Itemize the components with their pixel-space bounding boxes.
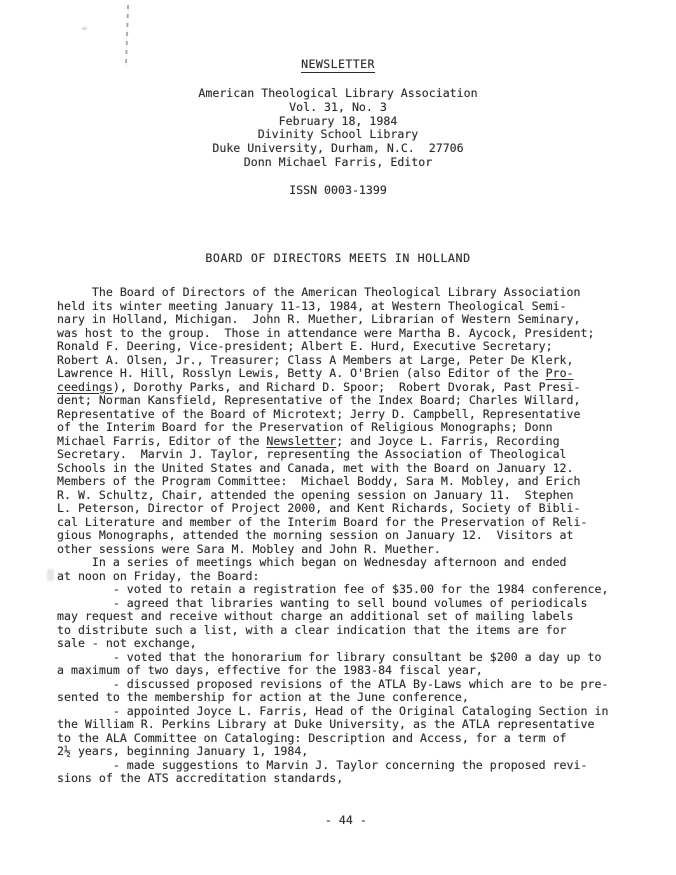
text-line: Members of the Program Committee: Michae… <box>57 475 608 489</box>
text-segment: Robert A. Olsen, Jr., Treasurer; Class A… <box>57 353 574 367</box>
text-segment: cal Literature and member of the Interim… <box>57 515 587 529</box>
document-page: NEWSLETTER American Theological Library … <box>0 0 676 875</box>
article-heading: BOARD OF DIRECTORS MEETS IN HOLLAND <box>0 251 676 265</box>
text-line: cal Literature and member of the Interim… <box>57 516 608 530</box>
text-line: sions of the ATS accreditation standards… <box>57 772 608 786</box>
text-segment: Representative of the Board of Microtext… <box>57 407 581 421</box>
scan-smudge-artifact <box>82 27 87 30</box>
text-segment: - voted that the honorarium for library … <box>57 650 601 664</box>
masthead-line: February 18, 1984 <box>0 115 676 129</box>
text-segment: In a series of meetings which began on W… <box>57 555 567 569</box>
text-line: at noon on Friday, the Board: <box>57 570 608 584</box>
text-line: Secretary. Marvin J. Taylor, representin… <box>57 448 608 462</box>
text-segment: Ronald F. Deering, Vice-president; Alber… <box>57 339 553 353</box>
article-body: The Board of Directors of the American T… <box>57 286 608 786</box>
text-line: the William R. Perkins Library at Duke U… <box>57 718 608 732</box>
text-segment: dent; Norman Kansfield, Representative o… <box>57 393 581 407</box>
underlined-text: ceedings <box>57 380 113 394</box>
text-segment: at noon on Friday, the Board: <box>57 569 259 583</box>
masthead-title-row: NEWSLETTER <box>0 57 676 73</box>
text-segment: gious Monographs, attended the morning s… <box>57 528 574 542</box>
scan-smudge-artifact <box>47 569 54 581</box>
text-line: of the Interim Board for the Preservatio… <box>57 421 608 435</box>
text-segment: was host to the group. Those in attendan… <box>57 326 594 340</box>
text-segment: sions of the ATS accreditation standards… <box>57 771 343 785</box>
text-segment: Members of the Program Committee: Michae… <box>57 474 581 488</box>
text-line: 2½ years, beginning January 1, 1984, <box>57 745 608 759</box>
text-segment: 2½ years, beginning January 1, 1984, <box>57 744 308 758</box>
text-segment: Schools in the United States and Canada,… <box>57 461 574 475</box>
text-line: dent; Norman Kansfield, Representative o… <box>57 394 608 408</box>
text-line: sale - not exchange, <box>57 637 608 651</box>
text-segment: L. Peterson, Director of Project 2000, a… <box>57 501 581 515</box>
text-segment: - appointed Joyce L. Farris, Head of the… <box>57 704 608 718</box>
text-line: nary in Holland, Michigan. John R. Mueth… <box>57 313 608 327</box>
text-segment: - made suggestions to Marvin J. Taylor c… <box>57 758 587 772</box>
text-line: Schools in the United States and Canada,… <box>57 462 608 476</box>
text-segment: Lawrence H. Hill, Rosslyn Lewis, Betty A… <box>57 366 546 380</box>
text-line: ceedings), Dorothy Parks, and Richard D.… <box>57 381 608 395</box>
text-line: held its winter meeting January 11-13, 1… <box>57 300 608 314</box>
text-segment: to distribute such a list, with a clear … <box>57 623 567 637</box>
text-segment: ; and Joyce L. Farris, Recording <box>336 434 559 448</box>
masthead-lines: American Theological Library Association… <box>0 87 676 170</box>
masthead-line: Donn Michael Farris, Editor <box>0 156 676 170</box>
text-line: The Board of Directors of the American T… <box>57 286 608 300</box>
text-line: Robert A. Olsen, Jr., Treasurer; Class A… <box>57 354 608 368</box>
newsletter-title: NEWSLETTER <box>301 57 375 73</box>
text-line: Representative of the Board of Microtext… <box>57 408 608 422</box>
page-footer: - 44 - <box>297 799 367 841</box>
underlined-text: Pro- <box>546 366 574 380</box>
text-line: to the ALA Committee on Cataloging: Desc… <box>57 732 608 746</box>
text-line: L. Peterson, Director of Project 2000, a… <box>57 502 608 516</box>
text-segment: to the ALA Committee on Cataloging: Desc… <box>57 731 567 745</box>
text-segment: R. W. Schultz, Chair, attended the openi… <box>57 488 574 502</box>
text-line: to distribute such a list, with a clear … <box>57 624 608 638</box>
text-segment: Secretary. Marvin J. Taylor, representin… <box>57 447 567 461</box>
masthead-line: Divinity School Library <box>0 128 676 142</box>
masthead-line: American Theological Library Association <box>0 87 676 101</box>
text-segment: - discussed proposed revisions of the AT… <box>57 677 608 691</box>
text-segment: sented to the membership for action at t… <box>57 690 469 704</box>
masthead-line: Duke University, Durham, N.C. 27706 <box>0 142 676 156</box>
text-line: sented to the membership for action at t… <box>57 691 608 705</box>
text-segment: - voted to retain a registration fee of … <box>57 582 608 596</box>
text-segment: other sessions were Sara M. Mobley and J… <box>57 542 441 556</box>
text-line: In a series of meetings which began on W… <box>57 556 608 570</box>
page-number: - 44 - <box>325 813 367 827</box>
text-line: a maximum of two days, effective for the… <box>57 664 608 678</box>
text-segment: the William R. Perkins Library at Duke U… <box>57 717 594 731</box>
text-line: Lawrence H. Hill, Rosslyn Lewis, Betty A… <box>57 367 608 381</box>
text-line: - discussed proposed revisions of the AT… <box>57 678 608 692</box>
text-segment: Michael Farris, Editor of the <box>57 434 266 448</box>
text-line: Ronald F. Deering, Vice-president; Alber… <box>57 340 608 354</box>
text-line: - voted that the honorarium for library … <box>57 651 608 665</box>
text-segment: sale - not exchange, <box>57 636 197 650</box>
text-segment: may request and receive without charge a… <box>57 609 574 623</box>
text-line: may request and receive without charge a… <box>57 610 608 624</box>
text-line: was host to the group. Those in attendan… <box>57 327 608 341</box>
text-segment: ), Dorothy Parks, and Richard D. Spoor; … <box>113 380 581 394</box>
text-segment: of the Interim Board for the Preservatio… <box>57 420 553 434</box>
text-line: other sessions were Sara M. Mobley and J… <box>57 543 608 557</box>
text-segment: held its winter meeting January 11-13, 1… <box>57 299 567 313</box>
text-line: - agreed that libraries wanting to sell … <box>57 597 608 611</box>
text-line: - voted to retain a registration fee of … <box>57 583 608 597</box>
issn-number: ISSN 0003-1399 <box>0 183 676 197</box>
masthead-line: Vol. 31, No. 3 <box>0 101 676 115</box>
text-segment: - agreed that libraries wanting to sell … <box>57 596 587 610</box>
text-segment: The Board of Directors of the American T… <box>57 285 581 299</box>
text-segment: nary in Holland, Michigan. John R. Mueth… <box>57 312 581 326</box>
text-line: R. W. Schultz, Chair, attended the openi… <box>57 489 608 503</box>
text-line: Michael Farris, Editor of the Newsletter… <box>57 435 608 449</box>
text-line: - appointed Joyce L. Farris, Head of the… <box>57 705 608 719</box>
underlined-text: Newsletter <box>266 434 336 448</box>
text-segment: a maximum of two days, effective for the… <box>57 663 483 677</box>
text-line: gious Monographs, attended the morning s… <box>57 529 608 543</box>
text-line: - made suggestions to Marvin J. Taylor c… <box>57 759 608 773</box>
